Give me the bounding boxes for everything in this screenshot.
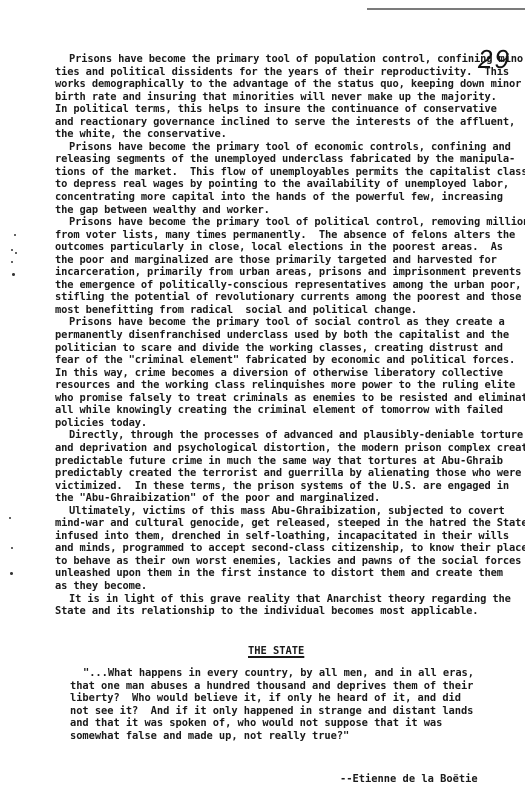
text-line: ties and political dissidents for the ye… xyxy=(55,66,525,79)
text-line: to behave as their own worst enemies, la… xyxy=(55,555,525,568)
text-line: predictably created the terrorist and gu… xyxy=(55,467,525,480)
text-line: concentrating more capital into the hand… xyxy=(55,191,525,204)
text-line: works demographically to the advantage o… xyxy=(55,78,525,91)
scan-speck xyxy=(12,273,15,276)
text-line: Prisons have become the primary tool of … xyxy=(55,141,525,154)
text-line: the poor and marginalized are those prim… xyxy=(55,254,525,267)
text-line: fear of the "criminal element" fabricate… xyxy=(55,354,525,367)
text-line: Prisons have become the primary tool of … xyxy=(55,316,525,329)
text-line: permanently disenfranchised underclass u… xyxy=(55,329,525,342)
text-line: mind-war and cultural genocide, get rele… xyxy=(55,517,525,530)
text-line: policies today. xyxy=(55,417,525,430)
quote-line: somewhat false and made up, not really t… xyxy=(70,730,525,743)
quote-line: "...What happens in every country, by al… xyxy=(70,667,525,680)
text-line: who promise falsely to treat criminals a… xyxy=(55,392,525,405)
text-line: incarceration, primarily from urban area… xyxy=(55,266,525,279)
section-heading: THE STATE xyxy=(248,645,304,657)
quote-line: not see it? And if it only happened in s… xyxy=(70,705,525,718)
text-line: to depress real wages by pointing to the… xyxy=(55,178,525,191)
text-line: the "Abu-Ghraibization" of the poor and … xyxy=(55,492,525,505)
quote-line: and that it was spoken of, who would not… xyxy=(70,717,525,730)
block-quote: "...What happens in every country, by al… xyxy=(70,667,525,742)
text-line: In this way, crime becomes a diversion o… xyxy=(55,367,525,380)
scan-speck xyxy=(14,234,16,236)
text-line: politician to scare and divide the worki… xyxy=(55,342,525,355)
text-line: Directly, through the processes of advan… xyxy=(55,429,525,442)
quote-line: liberty? Who would believe it, if only h… xyxy=(70,692,525,705)
scan-speck xyxy=(15,252,17,254)
text-line: and deprivation and psychological distor… xyxy=(55,442,525,455)
text-line: stifling the potential of revolutionary … xyxy=(55,291,525,304)
text-line: It is in light of this grave reality tha… xyxy=(55,593,525,606)
scan-speck xyxy=(9,517,11,519)
text-line: tions of the market. This flow of unempl… xyxy=(55,166,525,179)
text-line: most benefitting from radical social and… xyxy=(55,304,525,317)
text-line: and minds, programmed to accept second-c… xyxy=(55,542,525,555)
text-line: infused into them, drenched in self-loat… xyxy=(55,530,525,543)
text-line: State and its relationship to the indivi… xyxy=(55,605,525,618)
text-line: unleashed upon them in the first instanc… xyxy=(55,567,525,580)
text-line: birth rate and insuring that minorities … xyxy=(55,91,525,104)
text-line: and reactionary governance inclined to s… xyxy=(55,116,525,129)
text-line: the gap between wealthy and worker. xyxy=(55,204,525,217)
text-line: all while knowingly creating the crimina… xyxy=(55,404,525,417)
text-line: resources and the working class relinqui… xyxy=(55,379,525,392)
body-text: Prisons have become the primary tool of … xyxy=(55,53,525,618)
text-line: Ultimately, victims of this mass Abu-Ghr… xyxy=(55,505,525,518)
text-line: as they become. xyxy=(55,580,525,593)
quote-line: that one man abuses a hundred thousand a… xyxy=(70,680,525,693)
text-line: In political terms, this helps to insure… xyxy=(55,103,525,116)
quote-attribution: --Etienne de la Boëtie xyxy=(340,773,478,785)
text-line: Prisons have become the primary tool of … xyxy=(55,53,525,66)
scan-speck xyxy=(11,249,13,251)
text-line: outcomes particularly in close, local el… xyxy=(55,241,525,254)
text-line: predictable future crime in much the sam… xyxy=(55,455,525,468)
text-line: Prisons have become the primary tool of … xyxy=(55,216,525,229)
scan-speck xyxy=(10,572,13,575)
text-line: from voter lists, many times permanently… xyxy=(55,229,525,242)
text-line: the white, the conservative. xyxy=(55,128,525,141)
top-scan-rule xyxy=(367,8,525,10)
text-line: releasing segments of the unemployed und… xyxy=(55,153,525,166)
scan-speck xyxy=(11,261,13,263)
scan-speck xyxy=(11,547,13,549)
text-line: victimized. In these terms, the prison s… xyxy=(55,480,525,493)
text-line: the emergence of politically-conscious r… xyxy=(55,279,525,292)
